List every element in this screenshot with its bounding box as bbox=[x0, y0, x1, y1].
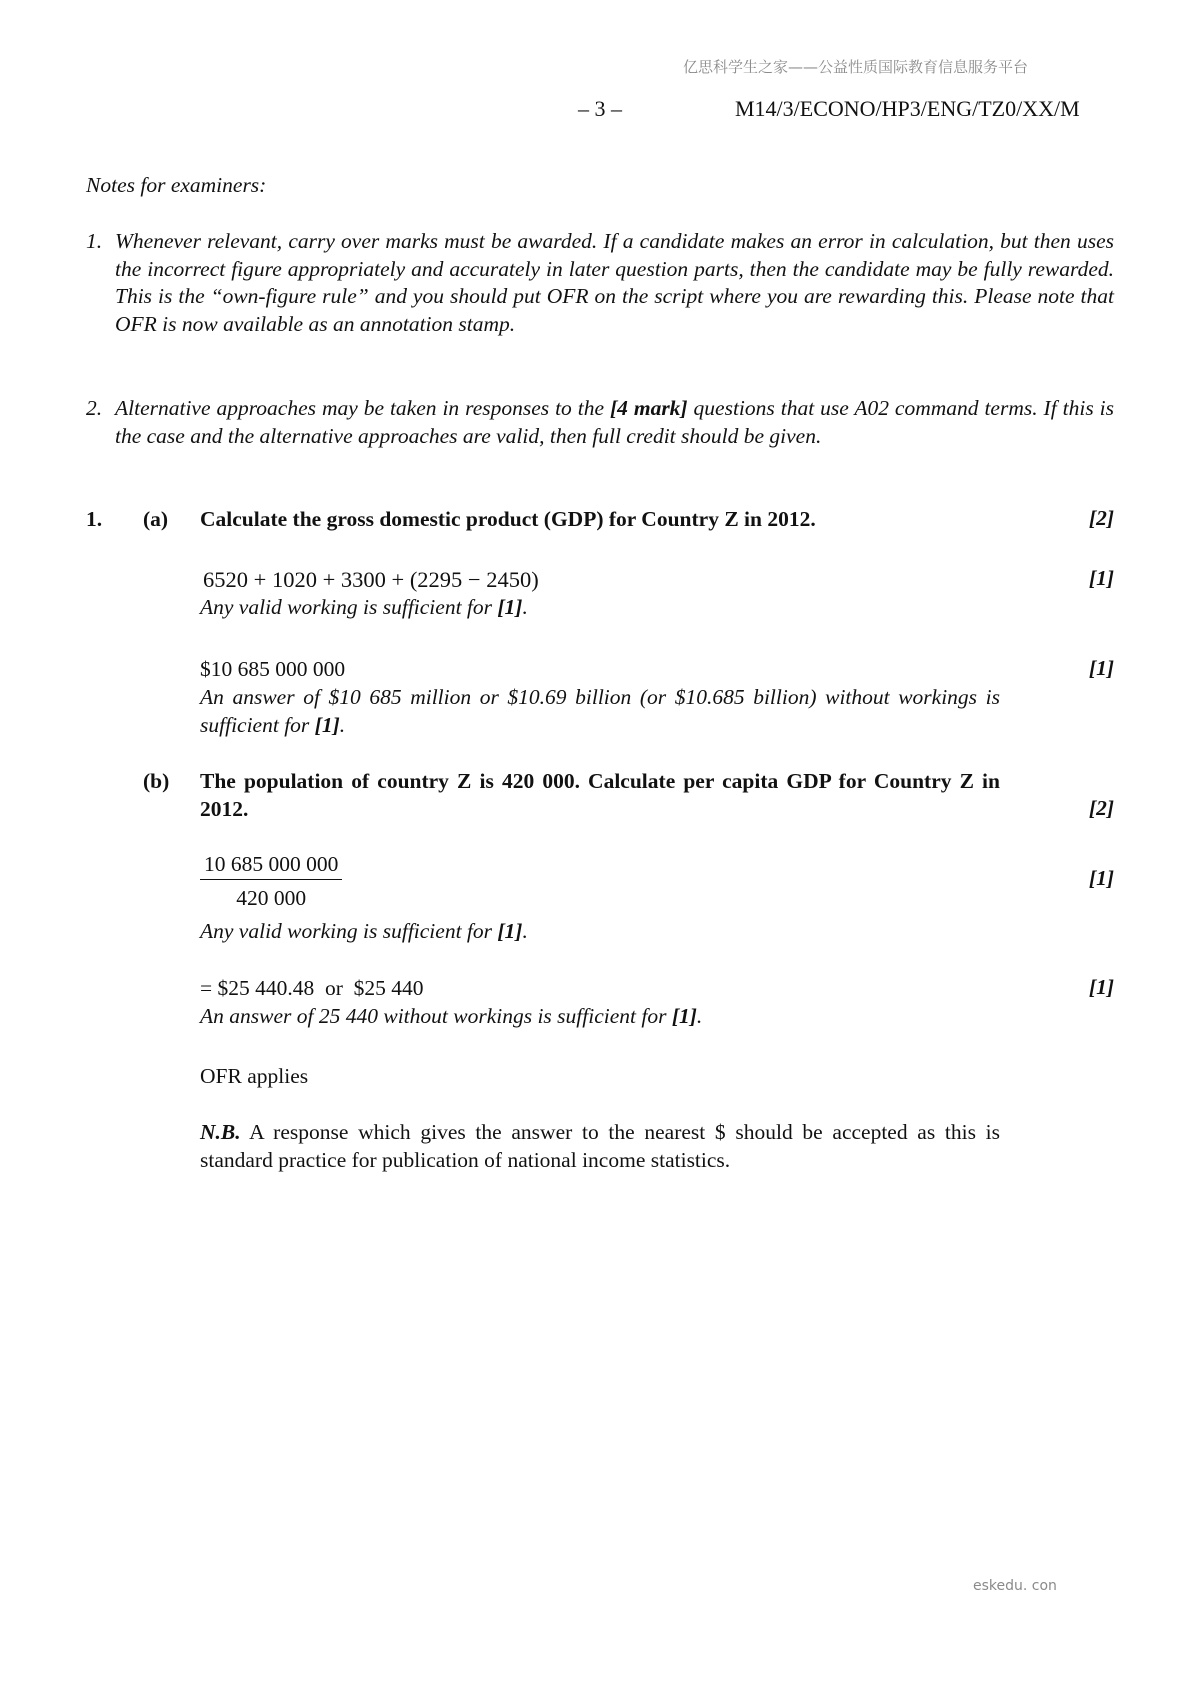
part-a-label: (a) bbox=[143, 506, 168, 534]
part-a-marks: [2] bbox=[1089, 506, 1114, 531]
part-a-answer: $10 685 000 000 bbox=[200, 656, 345, 684]
fraction-numerator: 10 685 000 000 bbox=[200, 852, 342, 880]
part-b-fraction: 10 685 000 000 420 000 bbox=[200, 852, 342, 911]
part-a-answer-mark: [1] bbox=[1089, 656, 1114, 681]
page-number: – 3 – bbox=[578, 96, 622, 122]
part-b-working-mark: [1] bbox=[1089, 866, 1114, 891]
part-b-prompt: The population of country Z is 420 000. … bbox=[200, 768, 1000, 823]
part-a-working-mark: [1] bbox=[1089, 566, 1114, 591]
note-2-text: Alternative approaches may be taken in r… bbox=[115, 395, 1114, 450]
part-a-working: 6520 + 1020 + 3300 + (2295 − 2450) bbox=[203, 566, 539, 594]
part-a-working-note: Any valid working is sufficient for [1]. bbox=[200, 594, 528, 622]
part-b-answer: = $25 440.48 or $25 440 bbox=[200, 975, 424, 1003]
ofr-applies: OFR applies bbox=[200, 1063, 308, 1091]
question-number: 1. bbox=[86, 506, 102, 534]
watermark-bottom: eskedu. con bbox=[973, 1578, 1057, 1594]
fraction-denominator: 420 000 bbox=[200, 880, 342, 911]
part-a-answer-note: An answer of $10 685 million or $10.69 b… bbox=[200, 684, 1000, 739]
note-1-text: Whenever relevant, carry over marks must… bbox=[115, 228, 1114, 338]
part-b-marks: [2] bbox=[1089, 796, 1114, 821]
note-2-number: 2. bbox=[86, 395, 102, 423]
part-b-label: (b) bbox=[143, 768, 169, 796]
part-a-prompt: Calculate the gross domestic product (GD… bbox=[200, 506, 816, 534]
nb-note: N.B. A response which gives the answer t… bbox=[200, 1119, 1000, 1174]
document-code: M14/3/ECONO/HP3/ENG/TZ0/XX/M bbox=[735, 96, 1080, 122]
part-b-answer-mark: [1] bbox=[1089, 975, 1114, 1000]
note-1-number: 1. bbox=[86, 228, 102, 256]
part-b-working-note: Any valid working is sufficient for [1]. bbox=[200, 918, 528, 946]
part-b-answer-note: An answer of 25 440 without workings is … bbox=[200, 1003, 702, 1031]
watermark-top: 亿思科学生之家——公益性质国际教育信息服务平台 bbox=[683, 56, 1028, 77]
notes-title: Notes for examiners: bbox=[86, 172, 266, 200]
